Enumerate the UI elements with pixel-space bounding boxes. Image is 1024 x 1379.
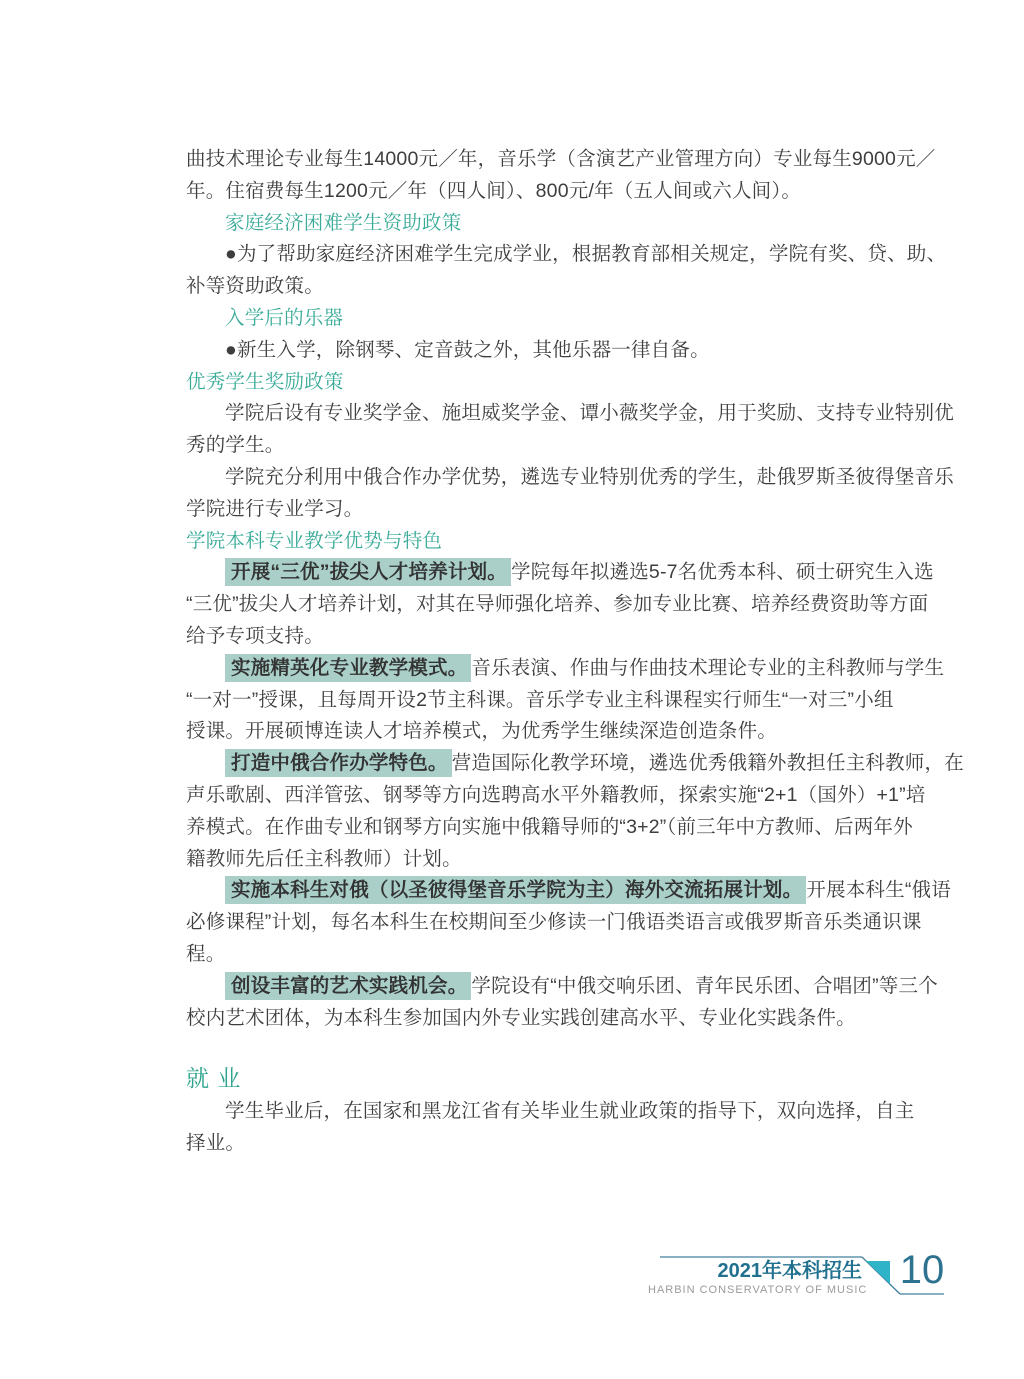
highlighted-text: 实施本科生对俄（以圣彼得堡音乐学院为主）海外交流拓展计划。 [225, 876, 806, 904]
text-line: 择业。 [186, 1128, 876, 1160]
text-line: 授课。开展硕博连读人才培养模式，为优秀学生继续深造创造条件。 [186, 716, 876, 748]
text-segment: ●为了帮助家庭经济困难学生完成学业，根据教育部相关规定，学院有奖、贷、助、 [225, 243, 946, 265]
text-segment: 给予专项支持。 [186, 625, 324, 647]
text-segment: 学院进行专业学习。 [186, 498, 363, 520]
footer-subtitle: HARBIN CONSERVATORY OF MUSIC [648, 1284, 862, 1297]
text-segment: 补等资助政策。 [186, 275, 324, 297]
text-line: 补等资助政策。 [186, 271, 876, 303]
text-segment: 择业。 [186, 1132, 245, 1154]
text-segment: 开展本科生“俄语 [806, 879, 951, 901]
text-segment: 学生毕业后，在国家和黑龙江省有关毕业生就业政策的指导下，双向选择，自主 [225, 1100, 915, 1122]
page-content: 曲技术理论专业每生14000元／年，音乐学（含演艺产业管理方向）专业每生9000… [186, 144, 876, 1160]
highlighted-text: 开展“三优”拔尖人才培养计划。 [225, 558, 511, 586]
text-line: 必修课程”计划，每名本科生在校期间至少修读一门俄语类语言或俄罗斯音乐类通识课 [186, 907, 876, 939]
highlighted-text: 创设丰富的艺术实践机会。 [225, 972, 471, 1000]
text-line: 程。 [186, 939, 876, 971]
text-segment: 学院后设有专业奖学金、施坦威奖学金、谭小薇奖学金，用于奖励、支持专业特别优 [225, 402, 954, 424]
text-segment: 声乐歌剧、西洋管弦、钢琴等方向选聘高水平外籍教师，探索实施“2+1（国外）+1”… [186, 784, 926, 806]
text-line: ●新生入学，除钢琴、定音鼓之外，其他乐器一律自备。 [186, 335, 876, 367]
text-line: 创设丰富的艺术实践机会。学院设有“中俄交响乐团、青年民乐团、合唱团”等三个 [186, 971, 876, 1003]
text-segment: “一对一”授课，且每周开设2节主科课。音乐学专业主科课程实行师生“一对三”小组 [186, 689, 894, 711]
text-line: 给予专项支持。 [186, 621, 876, 653]
text-segment: 学院充分利用中俄合作办学优势，遴选专业特别优秀的学生，赴俄罗斯圣彼得堡音乐 [225, 466, 954, 488]
text-line: 秀的学生。 [186, 430, 876, 462]
text-line: 实施精英化专业教学模式。音乐表演、作曲与作曲技术理论专业的主科教师与学生 [186, 653, 876, 685]
text-line: ●为了帮助家庭经济困难学生完成学业，根据教育部相关规定，学院有奖、贷、助、 [186, 239, 876, 271]
text-line: 实施本科生对俄（以圣彼得堡音乐学院为主）海外交流拓展计划。开展本科生“俄语 [186, 875, 876, 907]
text-line: 开展“三优”拔尖人才培养计划。学院每年拟遴选5-7名优秀本科、硕士研究生入选 [186, 557, 876, 589]
text-segment: 必修课程”计划，每名本科生在校期间至少修读一门俄语类语言或俄罗斯音乐类通识课 [186, 911, 922, 933]
text-line: “三优”拔尖人才培养计划，对其在导师强化培养、参加专业比赛、培养经费资助等方面 [186, 589, 876, 621]
text-segment: 籍教师先后任主科教师）计划。 [186, 848, 462, 870]
text-segment: 音乐表演、作曲与作曲技术理论专业的主科教师与学生 [471, 657, 944, 679]
text-segment: 营造国际化教学环境，遴选优秀俄籍外教担任主科教师，在 [452, 752, 964, 774]
section-heading: 就 业 [186, 1060, 876, 1096]
text-line: 学院后设有专业奖学金、施坦威奖学金、谭小薇奖学金，用于奖励、支持专业特别优 [186, 398, 876, 430]
text-segment: 秀的学生。 [186, 434, 285, 456]
text-line: 年。住宿费每生1200元／年（四人间）、800元/年（五人间或六人间）。 [186, 176, 876, 208]
text-line: 声乐歌剧、西洋管弦、钢琴等方向选聘高水平外籍教师，探索实施“2+1（国外）+1”… [186, 780, 876, 812]
document-page: 曲技术理论专业每生14000元／年，音乐学（含演艺产业管理方向）专业每生9000… [0, 0, 1024, 1379]
text-line: 学生毕业后，在国家和黑龙江省有关毕业生就业政策的指导下，双向选择，自主 [186, 1096, 876, 1128]
text-line: 养模式。在作曲专业和钢琴方向实施中俄籍导师的“3+2”（前三年中方教师、后两年外 [186, 812, 876, 844]
text-line: “一对一”授课，且每周开设2节主科课。音乐学专业主科课程实行师生“一对三”小组 [186, 685, 876, 717]
text-segment: 曲技术理论专业每生14000元／年，音乐学（含演艺产业管理方向）专业每生9000… [186, 148, 936, 170]
text-segment: 校内艺术团体，为本科生参加国内外专业实践创建高水平、专业化实践条件。 [186, 1007, 856, 1029]
text-line: 学院进行专业学习。 [186, 494, 876, 526]
subheading: 优秀学生奖励政策 [186, 367, 876, 399]
highlighted-text: 实施精英化专业教学模式。 [225, 654, 471, 682]
text-line: 打造中俄合作办学特色。营造国际化教学环境，遴选优秀俄籍外教担任主科教师，在 [186, 748, 876, 780]
page-number: 10 [898, 1249, 946, 1291]
subheading: 学院本科专业教学优势与特色 [186, 526, 876, 558]
text-line: 学院充分利用中俄合作办学优势，遴选专业特别优秀的学生，赴俄罗斯圣彼得堡音乐 [186, 462, 876, 494]
text-segment: “三优”拔尖人才培养计划，对其在导师强化培养、参加专业比赛、培养经费资助等方面 [186, 593, 928, 615]
text-segment: 授课。开展硕博连读人才培养模式，为优秀学生继续深造创造条件。 [186, 720, 777, 742]
text-segment: 养模式。在作曲专业和钢琴方向实施中俄籍导师的“3+2”（前三年中方教师、后两年外 [186, 816, 913, 838]
text-segment: 学院每年拟遴选5-7名优秀本科、硕士研究生入选 [511, 561, 934, 583]
text-line: 曲技术理论专业每生14000元／年，音乐学（含演艺产业管理方向）专业每生9000… [186, 144, 876, 176]
text-segment: 学院设有“中俄交响乐团、青年民乐团、合唱团”等三个 [471, 975, 938, 997]
text-segment: 年。住宿费每生1200元／年（四人间）、800元/年（五人间或六人间）。 [186, 180, 801, 202]
footer-title: 2021年本科招生 [650, 1261, 862, 1281]
text-line: 校内艺术团体，为本科生参加国内外专业实践创建高水平、专业化实践条件。 [186, 1003, 876, 1035]
subheading: 入学后的乐器 [186, 303, 876, 335]
text-line: 籍教师先后任主科教师）计划。 [186, 844, 876, 876]
subheading: 家庭经济困难学生资助政策 [186, 208, 876, 240]
text-segment: ●新生入学，除钢琴、定音鼓之外，其他乐器一律自备。 [225, 339, 710, 361]
highlighted-text: 打造中俄合作办学特色。 [225, 749, 452, 777]
text-segment: 程。 [186, 943, 225, 965]
